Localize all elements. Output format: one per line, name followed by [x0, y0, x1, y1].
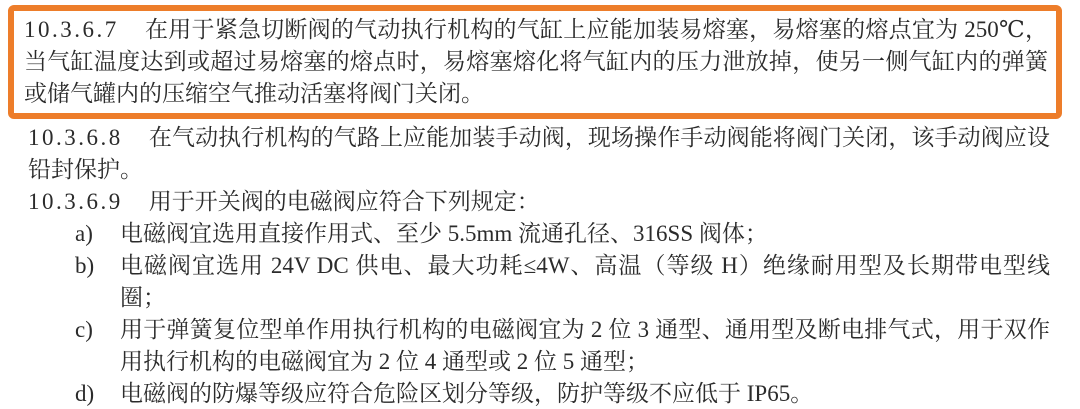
paragraph-line: 10.3.6.7在用于紧急切断阀的气动执行机构的气缸上应能加装易熔塞，易熔塞的熔…	[24, 14, 1048, 46]
paragraph-line: 10.3.6.9用于开关阀的电磁阀应符合下列规定：	[28, 186, 1050, 218]
section-number: 10.3.6.9	[28, 189, 123, 214]
paragraph-text: 用于开关阀的电磁阀应符合下列规定：	[149, 189, 540, 214]
list-item-line: 电磁阀宜选用 24V DC 供电、最大功耗≤4W、高温（等级 H）绝缘耐用型及长…	[120, 250, 1050, 282]
section-10-3-6-9: 10.3.6.9用于开关阀的电磁阀应符合下列规定：	[28, 186, 1050, 218]
list-item-c: c) 用于弹簧复位型单作用执行机构的电磁阀宜为 2 位 3 通型、通用型及断电排…	[28, 314, 1050, 378]
document-page: 10.3.6.7在用于紧急切断阀的气动执行机构的气缸上应能加装易熔塞，易熔塞的熔…	[0, 0, 1080, 409]
paragraph-line: 10.3.6.8在气动执行机构的气路上应能加装手动阀，现场操作手动阀能将阀门关闭…	[28, 122, 1050, 154]
list-item-a: a) 电磁阀宜选用直接作用式、至少 5.5mm 流通孔径、316SS 阀体；	[28, 218, 1050, 250]
highlight-box: 10.3.6.7在用于紧急切断阀的气动执行机构的气缸上应能加装易熔塞，易熔塞的熔…	[8, 5, 1062, 119]
list-item-b: b) 电磁阀宜选用 24V DC 供电、最大功耗≤4W、高温（等级 H）绝缘耐用…	[28, 250, 1050, 314]
paragraph-line: 当气缸温度达到或超过易熔塞的熔点时，易熔塞熔化将气缸内的压力泄放掉，使另一侧气缸…	[24, 46, 1048, 78]
list-marker: a)	[75, 218, 93, 250]
section-number: 10.3.6.7	[24, 17, 119, 42]
paragraph-line: 铅封保护。	[28, 154, 1050, 186]
section-number: 10.3.6.8	[28, 125, 123, 150]
list-item-d: d) 电磁阀的防爆等级应符合危险区划分等级，防护等级不应低于 IP65。	[28, 378, 1050, 409]
list-marker: d)	[75, 378, 94, 409]
list-marker: c)	[75, 314, 93, 346]
list-item-line: 圈；	[120, 282, 1050, 314]
section-10-3-6-8: 10.3.6.8在气动执行机构的气路上应能加装手动阀，现场操作手动阀能将阀门关闭…	[28, 122, 1050, 186]
paragraph-line: 或储气罐内的压缩空气推动活塞将阀门关闭。	[24, 78, 1048, 110]
list-item-line: 电磁阀的防爆等级应符合危险区划分等级，防护等级不应低于 IP65。	[120, 378, 1050, 409]
list-item-line: 用执行机构的电磁阀宜为 2 位 4 通型或 2 位 5 通型；	[120, 346, 1050, 378]
list-item-line: 用于弹簧复位型单作用执行机构的电磁阀宜为 2 位 3 通型、通用型及断电排气式，…	[120, 314, 1050, 346]
list-marker: b)	[75, 250, 94, 282]
section-10-3-6-7: 10.3.6.7在用于紧急切断阀的气动执行机构的气缸上应能加装易熔塞，易熔塞的熔…	[24, 14, 1048, 110]
list-item-line: 电磁阀宜选用直接作用式、至少 5.5mm 流通孔径、316SS 阀体；	[120, 218, 1050, 250]
paragraph-text: 在气动执行机构的气路上应能加装手动阀，现场操作手动阀能将阀门关闭，该手动阀应设	[149, 125, 1050, 150]
paragraph-text: 在用于紧急切断阀的气动执行机构的气缸上应能加装易熔塞，易熔塞的熔点宜为 250℃…	[145, 17, 1048, 42]
